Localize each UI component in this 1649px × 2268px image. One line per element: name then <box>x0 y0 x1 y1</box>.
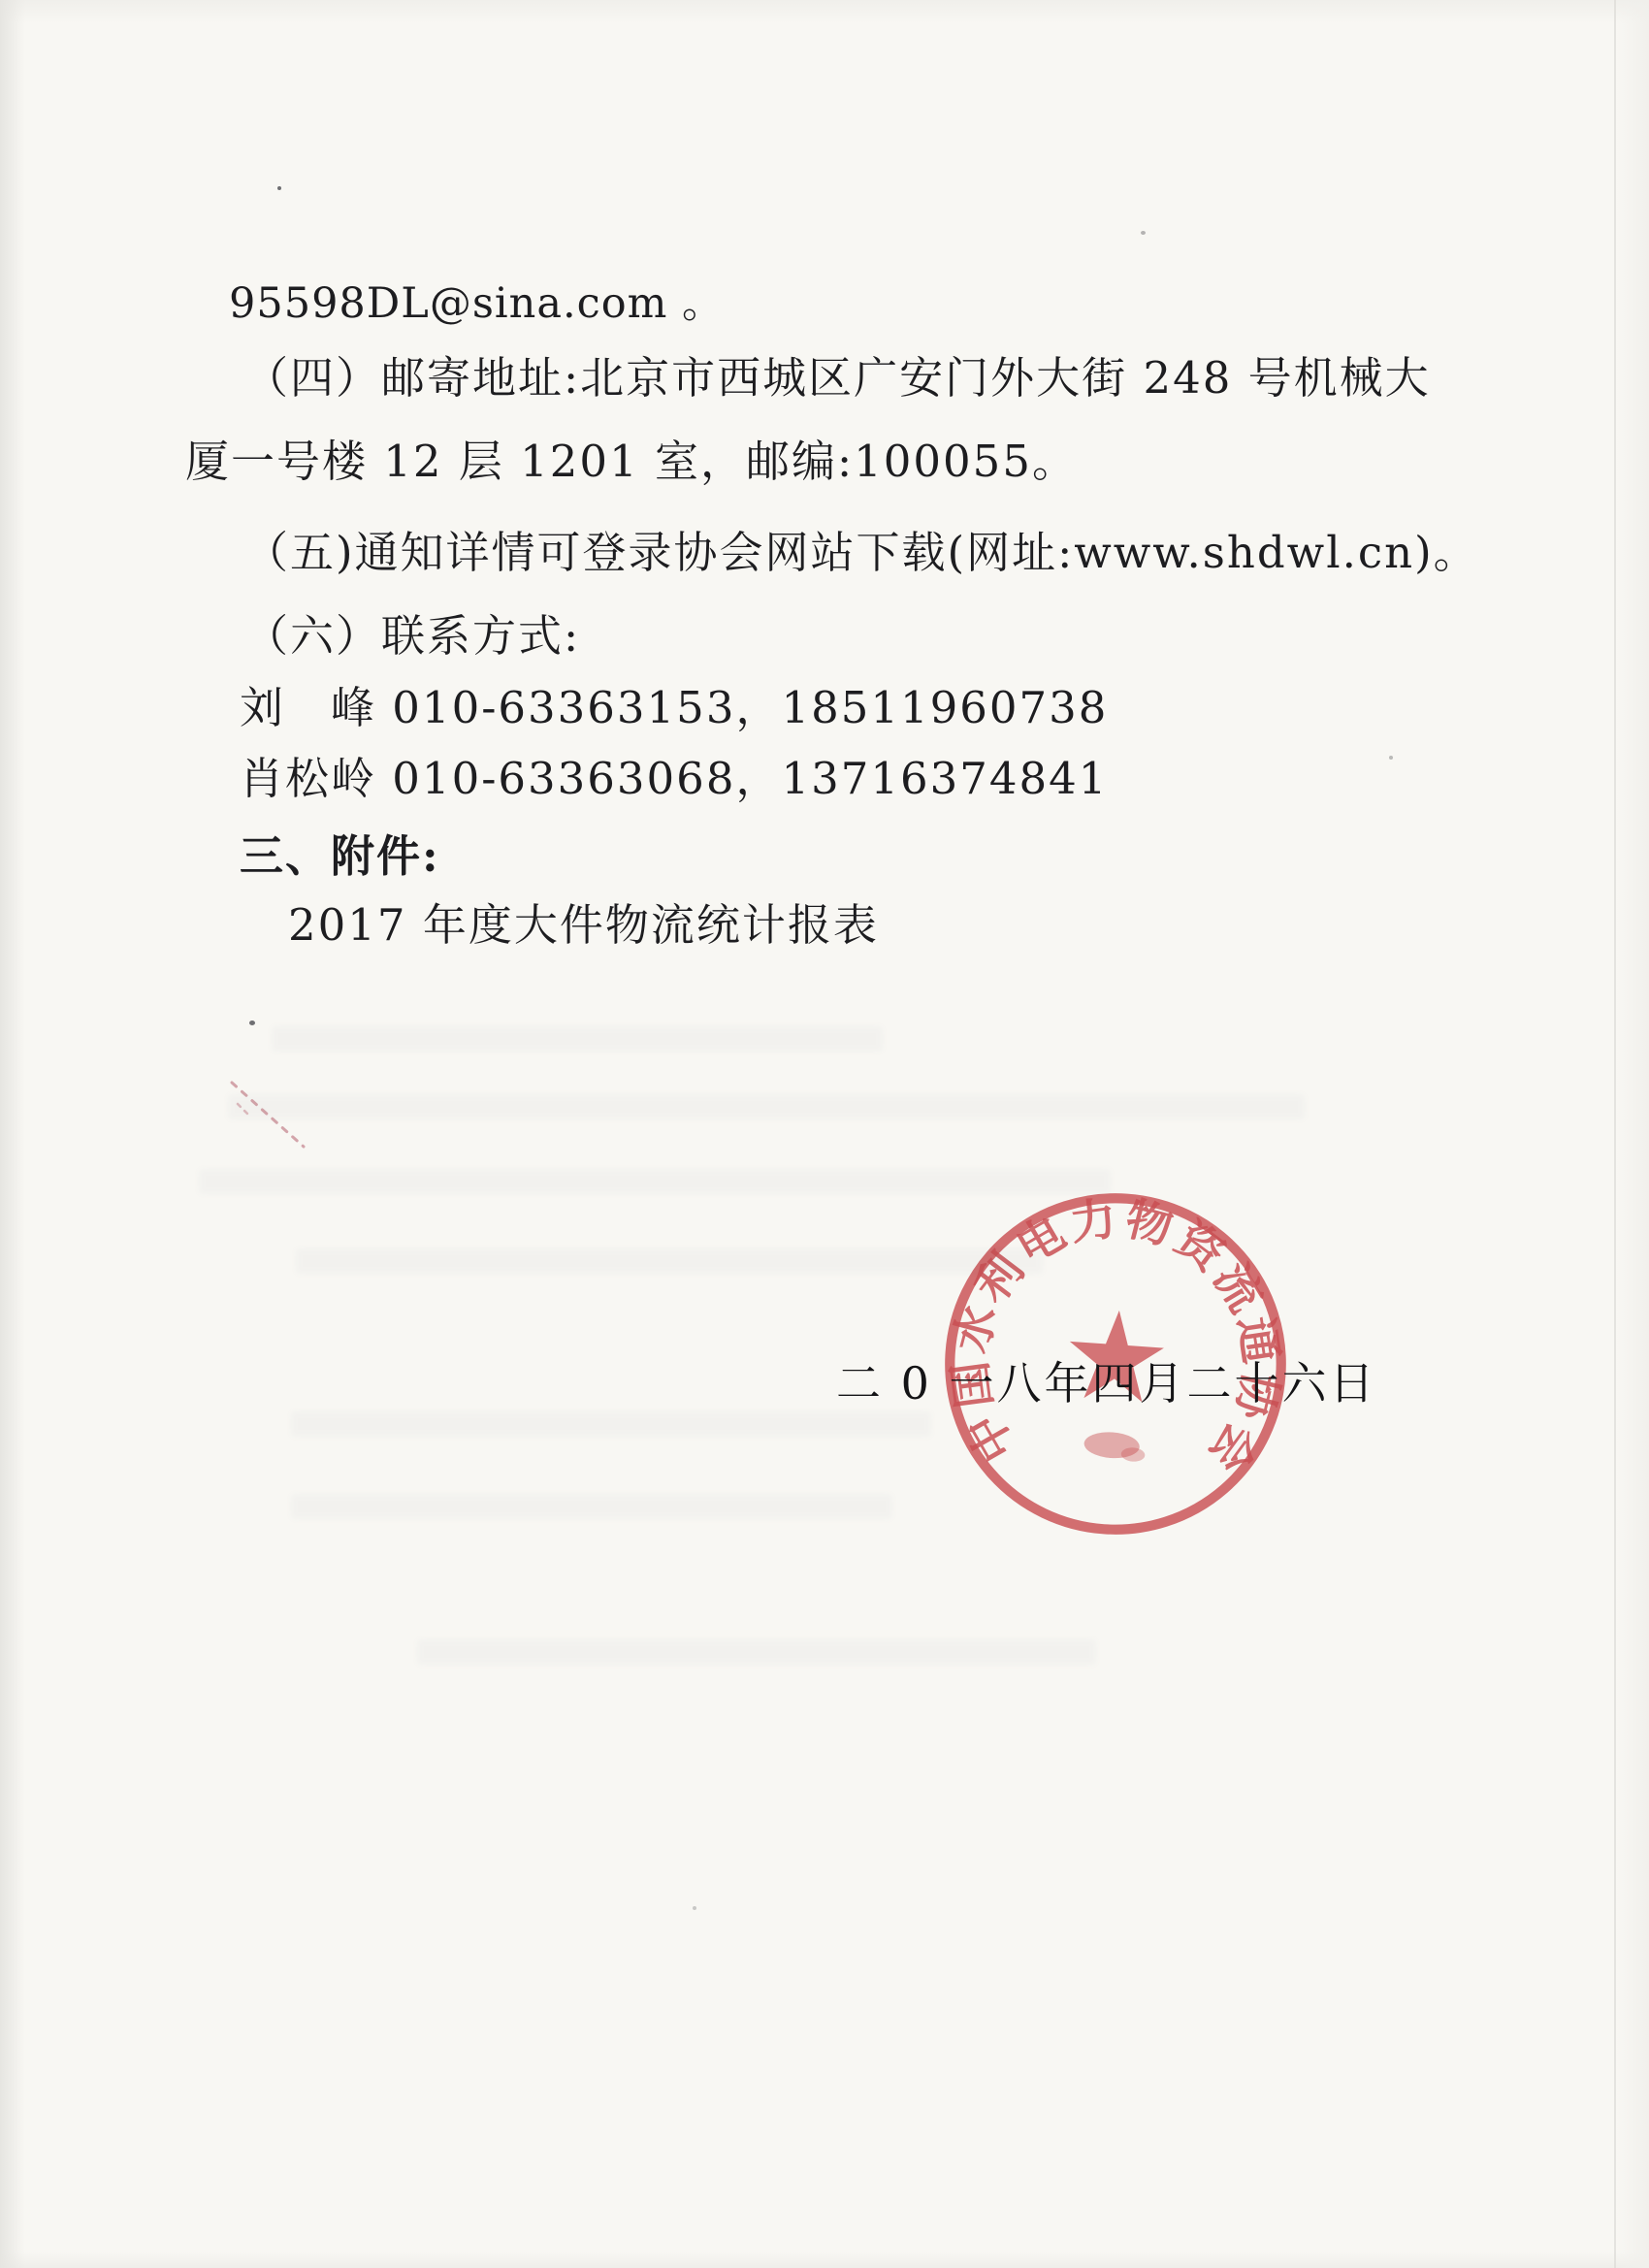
document-date: 二 0 一八年四月二十六日 <box>836 1348 1377 1412</box>
scan-speck <box>249 1021 255 1025</box>
scan-speck <box>1389 756 1393 760</box>
contact-method-heading: （六）联系方式: <box>244 611 580 662</box>
scan-speck <box>693 1906 696 1910</box>
bleed-through-mark <box>291 1494 892 1519</box>
attachment-section-heading: 三、附件: <box>240 831 440 882</box>
scan-right-edge <box>1614 0 1616 2268</box>
scan-speck <box>277 186 281 190</box>
bleed-through-mark <box>417 1639 1096 1665</box>
mailing-address-line-1: （四）邮寄地址:北京市西城区广安门外大街 248 号机械大 <box>244 353 1431 404</box>
attachment-title: 2017 年度大件物流统计报表 <box>288 900 879 951</box>
bleed-through-mark <box>272 1026 883 1052</box>
bleed-through-mark <box>296 1248 1043 1274</box>
website-notice-line: （五)通知详情可登录协会网站下载(网址:www.shdwl.cn)。 <box>244 528 1479 578</box>
contact-person-2: 肖松岭 010-63363068，13716374841 <box>240 754 1108 804</box>
email-line: 95598DL@sina.com 。 <box>229 280 725 328</box>
red-pen-scribble <box>218 1067 325 1164</box>
contact-person-1: 刘 峰 010-63363153，18511960738 <box>240 683 1108 733</box>
scan-speck <box>1141 231 1146 235</box>
mailing-address-line-2: 厦一号楼 12 层 1201 室，邮编:100055。 <box>185 437 1078 487</box>
bleed-through-mark <box>291 1411 931 1437</box>
scanned-document-page: 95598DL@sina.com 。 （四）邮寄地址:北京市西城区广安门外大街 … <box>0 0 1649 2268</box>
bleed-through-mark <box>228 1094 1305 1119</box>
